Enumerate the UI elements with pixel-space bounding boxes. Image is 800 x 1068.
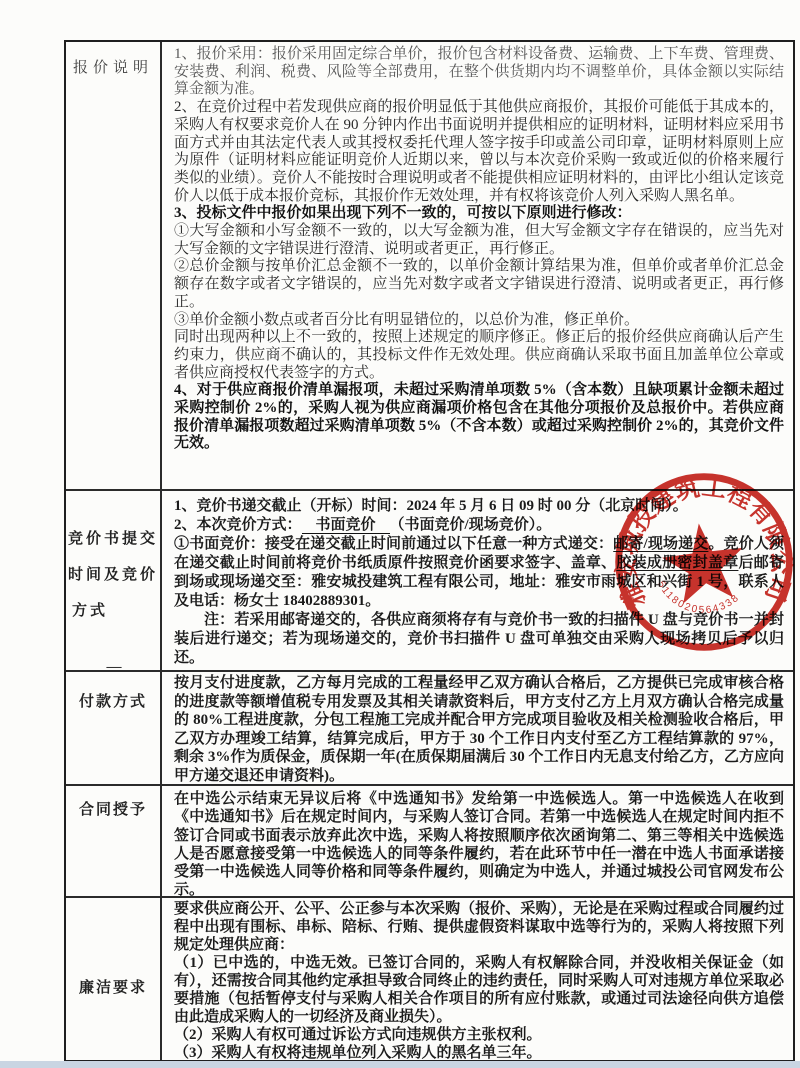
payment-p1: 按月支付进度款，乙方每月完成的工程量经甲乙双方确认合格后，乙方提供已完成审核合格…: [174, 674, 784, 784]
row-label-text: 报价说明: [73, 60, 153, 76]
integrity-content: 要求供应商公开、公平、公正参与本次采购（报价、采购），无论是在采购过程或合同履约…: [162, 898, 793, 1060]
integrity-p1: 要求供应商公开、公平、公正参与本次采购（报价、采购），无论是在采购过程或合同履约…: [174, 900, 784, 954]
submission-note: 注：若采用邮寄递交的，各供应商须将存有与竞价书一致的扫描件 U 盘与竞价书一并封…: [174, 611, 784, 668]
quotation-p8: 4、对于供应商报价清单漏报项，未超过采购清单项数 5%（含本数）且缺项累计金额未…: [174, 382, 784, 453]
submission-p3: ①书面竞价：接受在递交截止时间前通过以下任意一种方式递交：邮寄/现场递交。竞价人…: [174, 535, 784, 611]
row-label-line1: 竞价书提交: [66, 521, 160, 557]
delivery-methods-underlined: 邮寄/现场递交: [613, 536, 708, 552]
submission-p2: 2、本次竞价方式：书面竞价（书面竞价/现场竞价）。: [174, 516, 784, 535]
row-label-text: 廉洁要求: [79, 980, 147, 996]
quotation-p5: ②总价金额与按单价汇总金额不一致的，以单价金额计算结果为准，但单价或者单价汇总金…: [174, 258, 784, 311]
payment-content: 按月支付进度款，乙方每月完成的工程量经甲乙双方确认合格后，乙方提供已完成审核合格…: [162, 672, 793, 784]
submission-content: 1、竞价书递交截止（开标）时间：2024 年 5 月 6 日 09 时 00 分…: [162, 491, 793, 670]
row-label-text: 合同授予: [79, 802, 147, 818]
row-label-line2: 时间及竞价: [66, 557, 160, 593]
scan-edge-strip: [0, 1061, 800, 1068]
quotation-p6: ③单价金额小数点或者百分比有明显错位的，以总价为准，修正单价。: [174, 312, 784, 330]
row-label-payment: 付款方式: [66, 672, 162, 784]
submission-p1: 1、竞价书递交截止（开标）时间：2024 年 5 月 6 日 09 时 00 分…: [174, 497, 784, 516]
table-row-integrity: 廉洁要求 要求供应商公开、公平、公正参与本次采购（报价、采购），无论是在采购过程…: [66, 896, 793, 1060]
quotation-p3: 3、投标文件中报价如果出现下列不一致的，可按以下原则进行修改：: [174, 205, 784, 223]
row-label-quotation: 报价说明: [66, 42, 162, 489]
bid-method-value: 书面竞价: [302, 517, 390, 534]
binding-seal-underlined: 胶装成册密封盖章: [616, 555, 738, 571]
row-label-submission: 竞价书提交 时间及竞价 方式 —: [66, 491, 162, 670]
row-label-integrity: 廉洁要求: [66, 898, 162, 1060]
table-row-submission: 竞价书提交 时间及竞价 方式 — 1、竞价书递交截止（开标）时间：2024 年 …: [66, 489, 793, 670]
integrity-p3: （2）采购人有权可通过诉讼方式向违规供方主张权利。: [174, 1026, 784, 1044]
table-row-award: 合同授予 在中选公示结束无异议后将《中选通知书》发给第一中选候选人。第一中选候选…: [66, 784, 793, 896]
row-label-line3: 方式: [66, 593, 160, 629]
integrity-p4: （3）采购人有权将违规单位列入采购人的黑名单三年。: [174, 1044, 784, 1060]
delivery-text-a: ①书面竞价：接受在递交截止时间前通过以下任意一种方式递交：: [174, 536, 613, 552]
bid-method-suffix: （书面竞价/现场竞价）。: [390, 517, 552, 533]
award-content: 在中选公示结束无异议后将《中选通知书》发给第一中选候选人。第一中选候选人在收到《…: [162, 786, 793, 896]
quotation-content: 1、报价采用：报价采用固定综合单价，报价包含材料设备费、运输费、上下车费、管理费…: [162, 42, 793, 489]
bid-method-prefix: 2、本次竞价方式：: [174, 517, 302, 533]
integrity-p2: （1）已中选的，中选无效。已签订合同的，采购人有权解除合同，并没收相关保证金（如…: [174, 954, 784, 1026]
procurement-terms-table: 报价说明 1、报价采用：报价采用固定综合单价，报价包含材料设备费、运输费、上下车…: [64, 40, 795, 1062]
quotation-p7: 同时出现两种以上不一致的，按照上述规定的顺序修正。修正后的报价经供应商确认后产生…: [174, 329, 784, 382]
award-p1: 在中选公示结束无异议后将《中选通知书》发给第一中选候选人。第一中选候选人在收到《…: [174, 790, 784, 896]
table-row-quotation: 报价说明 1、报价采用：报价采用固定综合单价，报价包含材料设备费、运输费、上下车…: [66, 42, 793, 489]
row-label-text: 付款方式: [79, 694, 147, 710]
quotation-p1: 1、报价采用：报价采用固定综合单价，报价包含材料设备费、运输费、上下车费、管理费…: [174, 46, 784, 99]
quotation-p2: 2、在竞价过程中若发现供应商的报价明显低于其他供应商报价，其报价可能低于其成本的…: [174, 99, 784, 205]
row-label-award: 合同授予: [66, 786, 162, 896]
quotation-p4: ①大写金额和小写金额不一致的，以大写金额为准，但大写金额文字存在错误的，应当先对…: [174, 223, 784, 258]
table-row-payment: 付款方式 按月支付进度款，乙方每月完成的工程量经甲乙双方确认合格后，乙方提供已完…: [66, 670, 793, 784]
